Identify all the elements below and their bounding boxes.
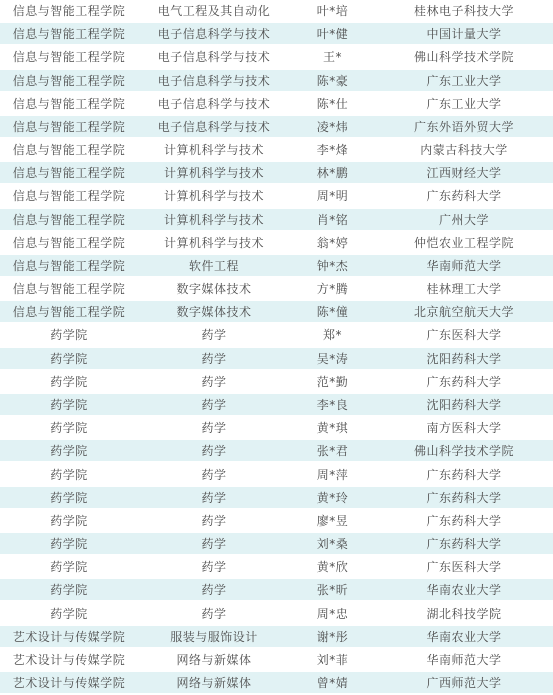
major-cell: 数字媒体技术 [138,278,290,299]
student-name-cell: 张*昕 [290,579,375,600]
student-name-cell: 凌*炜 [290,116,375,137]
table-row: 信息与智能工程学院 数字媒体技术 陈*僮 北京航空航天大学 [0,299,553,324]
college-cell: 药学院 [0,394,138,415]
student-name-cell: 陈*豪 [290,70,375,91]
university-cell: 广西师范大学 [375,672,553,693]
major-cell: 数字媒体技术 [138,301,290,322]
table-row: 信息与智能工程学院 电气工程及其自动化 叶*培 桂林电子科技大学 [0,0,553,21]
university-cell: 江西财经大学 [375,162,553,183]
university-cell: 沈阳药科大学 [375,348,553,369]
student-name-cell: 陈*仕 [290,93,375,114]
table-row: 药学院 药学 郑* 广东医科大学 [0,324,553,345]
college-cell: 信息与智能工程学院 [0,0,138,21]
college-cell: 药学院 [0,579,138,600]
major-cell: 药学 [138,417,290,438]
table-row: 信息与智能工程学院 电子信息科学与技术 王* 佛山科学技术学院 [0,46,553,67]
student-name-cell: 郑* [290,324,375,345]
university-cell: 内蒙古科技大学 [375,139,553,160]
table-row: 信息与智能工程学院 计算机科学与技术 林*鹏 江西财经大学 [0,160,553,185]
table-row: 药学院 药学 张*君 佛山科学技术学院 [0,438,553,463]
major-cell: 电子信息科学与技术 [138,46,290,67]
university-cell: 湖北科技学院 [375,602,553,623]
major-cell: 药学 [138,602,290,623]
college-cell: 药学院 [0,324,138,345]
table-row: 药学院 药学 张*昕 华南农业大学 [0,577,553,602]
major-cell: 电子信息科学与技术 [138,93,290,114]
table-row: 药学院 药学 吴*涛 沈阳药科大学 [0,346,553,371]
major-cell: 药学 [138,487,290,508]
college-cell: 信息与智能工程学院 [0,232,138,253]
table-row: 信息与智能工程学院 数字媒体技术 方*腾 桂林理工大学 [0,278,553,299]
admissions-table: 信息与智能工程学院 电气工程及其自动化 叶*培 桂林电子科技大学 信息与智能工程… [0,0,553,695]
student-name-cell: 黄*琪 [290,417,375,438]
student-name-cell: 叶*培 [290,0,375,21]
university-cell: 华南师范大学 [375,649,553,670]
major-cell: 电子信息科学与技术 [138,23,290,44]
student-name-cell: 吴*涛 [290,348,375,369]
college-cell: 药学院 [0,371,138,392]
major-cell: 药学 [138,348,290,369]
college-cell: 艺术设计与传媒学院 [0,626,138,647]
university-cell: 华南农业大学 [375,626,553,647]
college-cell: 信息与智能工程学院 [0,139,138,160]
university-cell: 桂林电子科技大学 [375,0,553,21]
major-cell: 药学 [138,440,290,461]
college-cell: 药学院 [0,602,138,623]
college-cell: 药学院 [0,348,138,369]
college-cell: 艺术设计与传媒学院 [0,649,138,670]
major-cell: 计算机科学与技术 [138,209,290,230]
university-cell: 佛山科学技术学院 [375,46,553,67]
university-cell: 广东药科大学 [375,533,553,554]
university-cell: 广东医科大学 [375,556,553,577]
student-name-cell: 范*勤 [290,371,375,392]
major-cell: 电子信息科学与技术 [138,116,290,137]
college-cell: 信息与智能工程学院 [0,278,138,299]
major-cell: 药学 [138,394,290,415]
major-cell: 电气工程及其自动化 [138,0,290,21]
student-name-cell: 林*鹏 [290,162,375,183]
table-row: 信息与智能工程学院 电子信息科学与技术 凌*炜 广东外语外贸大学 [0,114,553,139]
college-cell: 信息与智能工程学院 [0,162,138,183]
student-name-cell: 李*良 [290,394,375,415]
major-cell: 药学 [138,371,290,392]
student-name-cell: 周*忠 [290,602,375,623]
major-cell: 计算机科学与技术 [138,185,290,206]
college-cell: 信息与智能工程学院 [0,301,138,322]
university-cell: 桂林理工大学 [375,278,553,299]
table-row: 信息与智能工程学院 计算机科学与技术 周*明 广东药科大学 [0,185,553,206]
student-name-cell: 方*腾 [290,278,375,299]
college-cell: 信息与智能工程学院 [0,93,138,114]
table-row: 信息与智能工程学院 电子信息科学与技术 叶*健 中国计量大学 [0,21,553,46]
university-cell: 沈阳药科大学 [375,394,553,415]
student-name-cell: 廖*昱 [290,510,375,531]
university-cell: 南方医科大学 [375,417,553,438]
student-name-cell: 王* [290,46,375,67]
table-row: 药学院 药学 刘*桑 广东药科大学 [0,531,553,556]
major-cell: 软件工程 [138,255,290,276]
college-cell: 药学院 [0,440,138,461]
student-name-cell: 刘*桑 [290,533,375,554]
student-name-cell: 钟*杰 [290,255,375,276]
university-cell: 广东药科大学 [375,510,553,531]
student-name-cell: 刘*菲 [290,649,375,670]
major-cell: 计算机科学与技术 [138,232,290,253]
table-row: 药学院 药学 范*勤 广东药科大学 [0,371,553,392]
student-name-cell: 黄*欣 [290,556,375,577]
university-cell: 广东药科大学 [375,463,553,484]
major-cell: 计算机科学与技术 [138,162,290,183]
table-row: 艺术设计与传媒学院 服装与服饰设计 谢*彤 华南农业大学 [0,624,553,649]
table-row: 艺术设计与传媒学院 网络与新媒体 刘*菲 华南师范大学 [0,649,553,670]
major-cell: 药学 [138,463,290,484]
major-cell: 药学 [138,510,290,531]
university-cell: 广东工业大学 [375,93,553,114]
major-cell: 药学 [138,579,290,600]
table-row: 信息与智能工程学院 软件工程 钟*杰 华南师范大学 [0,253,553,278]
major-cell: 网络与新媒体 [138,672,290,693]
college-cell: 药学院 [0,533,138,554]
table-row: 药学院 药学 周*萍 广东药科大学 [0,463,553,484]
student-name-cell: 曾*婧 [290,672,375,693]
student-name-cell: 周*明 [290,185,375,206]
university-cell: 广东医科大学 [375,324,553,345]
university-cell: 广东工业大学 [375,70,553,91]
student-name-cell: 陈*僮 [290,301,375,322]
university-cell: 广东药科大学 [375,185,553,206]
student-name-cell: 翁*婷 [290,232,375,253]
college-cell: 药学院 [0,463,138,484]
university-cell: 广东外语外贸大学 [375,116,553,137]
major-cell: 服装与服饰设计 [138,626,290,647]
university-cell: 广东药科大学 [375,487,553,508]
table-row: 信息与智能工程学院 电子信息科学与技术 陈*仕 广东工业大学 [0,93,553,114]
table-row: 药学院 药学 周*忠 湖北科技学院 [0,602,553,623]
college-cell: 信息与智能工程学院 [0,255,138,276]
university-cell: 北京航空航天大学 [375,301,553,322]
college-cell: 信息与智能工程学院 [0,23,138,44]
major-cell: 计算机科学与技术 [138,139,290,160]
table-row: 信息与智能工程学院 计算机科学与技术 翁*婷 仲恺农业工程学院 [0,232,553,253]
college-cell: 信息与智能工程学院 [0,70,138,91]
table-row: 艺术设计与传媒学院 网络与新媒体 曾*婧 广西师范大学 [0,670,553,695]
table-row: 药学院 药学 黄*玲 广东药科大学 [0,485,553,510]
table-row: 药学院 药学 廖*昱 广东药科大学 [0,510,553,531]
university-cell: 华南农业大学 [375,579,553,600]
major-cell: 药学 [138,556,290,577]
college-cell: 信息与智能工程学院 [0,185,138,206]
table-row: 信息与智能工程学院 计算机科学与技术 肖*铭 广州大学 [0,207,553,232]
major-cell: 电子信息科学与技术 [138,70,290,91]
major-cell: 药学 [138,324,290,345]
student-name-cell: 张*君 [290,440,375,461]
college-cell: 信息与智能工程学院 [0,46,138,67]
student-name-cell: 黄*玲 [290,487,375,508]
student-name-cell: 肖*铭 [290,209,375,230]
university-cell: 广东药科大学 [375,371,553,392]
table-row: 信息与智能工程学院 计算机科学与技术 李*烽 内蒙古科技大学 [0,139,553,160]
major-cell: 网络与新媒体 [138,649,290,670]
college-cell: 药学院 [0,556,138,577]
college-cell: 药学院 [0,417,138,438]
university-cell: 佛山科学技术学院 [375,440,553,461]
college-cell: 信息与智能工程学院 [0,116,138,137]
student-name-cell: 叶*健 [290,23,375,44]
table-row: 药学院 药学 黄*琪 南方医科大学 [0,417,553,438]
college-cell: 信息与智能工程学院 [0,209,138,230]
table-row: 信息与智能工程学院 电子信息科学与技术 陈*豪 广东工业大学 [0,68,553,93]
student-name-cell: 周*萍 [290,463,375,484]
university-cell: 中国计量大学 [375,23,553,44]
college-cell: 艺术设计与传媒学院 [0,672,138,693]
university-cell: 仲恺农业工程学院 [375,232,553,253]
university-cell: 华南师范大学 [375,255,553,276]
student-name-cell: 谢*彤 [290,626,375,647]
college-cell: 药学院 [0,510,138,531]
university-cell: 广州大学 [375,209,553,230]
table-row: 药学院 药学 黄*欣 广东医科大学 [0,556,553,577]
student-name-cell: 李*烽 [290,139,375,160]
college-cell: 药学院 [0,487,138,508]
major-cell: 药学 [138,533,290,554]
table-row: 药学院 药学 李*良 沈阳药科大学 [0,392,553,417]
